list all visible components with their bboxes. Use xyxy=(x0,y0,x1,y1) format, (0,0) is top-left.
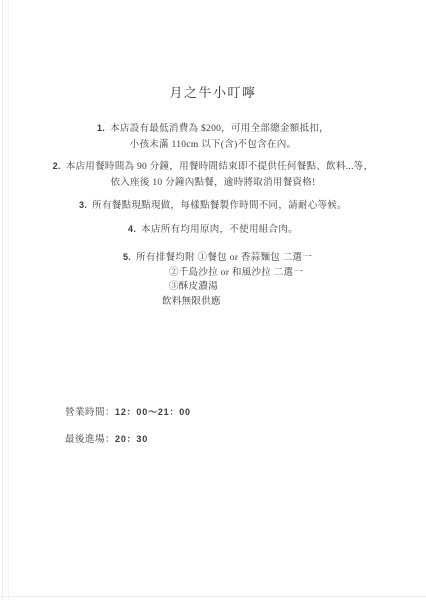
notice-line: 2.本店用餐時間為 90 分鐘，用餐時間結束即不提供任何餐點、飲料...等， xyxy=(0,158,426,175)
notice-number: 5. xyxy=(123,252,131,262)
notice-line: 5.所有排餐均附 ①餐包 or 香蒜麵包 二選一 xyxy=(123,250,426,266)
notice-line: 小孩未滿 110cm 以下(含)不包含在內。 xyxy=(0,137,426,153)
page-bottom-edge xyxy=(0,596,426,597)
notice-item-4: 4.本店所有均用原肉，不使用組合肉。 xyxy=(0,221,426,238)
notice-text: 本店設有最低消費為 $200，可用全部總金額抵扣， xyxy=(110,124,329,134)
notice-line: 依入座後 10 分鐘內點餐，逾時將取消用餐資格! xyxy=(0,175,426,191)
document-page: 月之牛小叮嚀 1.本店設有最低消費為 $200，可用全部總金額抵扣， 小孩未滿 … xyxy=(0,0,426,600)
business-hours: 營業時間：12：00～21：00 xyxy=(65,404,191,418)
notice-text: 本店所有均用原肉，不使用組合肉。 xyxy=(141,225,298,235)
notice-item-1: 1.本店設有最低消費為 $200，可用全部總金額抵扣， 小孩未滿 110cm 以… xyxy=(0,120,426,153)
notice-line: 4.本店所有均用原肉，不使用組合肉。 xyxy=(0,221,426,238)
notice-item-5: 5.所有排餐均附 ①餐包 or 香蒜麵包 二選一 ②千島沙拉 or 和風沙拉 二… xyxy=(0,250,426,309)
notice-number: 2. xyxy=(53,161,61,171)
last-entry-value: 20：30 xyxy=(115,434,148,444)
notice-line: 3.所有餐點現點現做，每樣點餐製作時間不同，請耐心等候。 xyxy=(0,197,426,214)
notice-line: 1.本店設有最低消費為 $200，可用全部總金額抵扣， xyxy=(0,120,426,137)
notice-number: 4. xyxy=(128,224,136,234)
notice-line: 飲料無限供應 xyxy=(162,295,426,310)
notice-line: ②千島沙拉 or 和風沙拉 二選一 xyxy=(169,266,426,281)
notice-number: 1. xyxy=(97,123,105,133)
notice-number: 3. xyxy=(79,200,87,210)
notice-text: 所有排餐均附 ①餐包 or 香蒜麵包 二選一 xyxy=(136,253,312,263)
notice-line: ③酥皮濃湯 xyxy=(169,280,426,295)
business-hours-value: 12：00～21：00 xyxy=(115,407,191,417)
last-entry-time: 最後進場：20：30 xyxy=(65,431,148,445)
last-entry-label: 最後進場： xyxy=(65,435,115,445)
notice-text: 本店用餐時間為 90 分鐘，用餐時間結束即不提供任何餐點、飲料...等， xyxy=(66,162,374,172)
notice-text: 所有餐點現點現做，每樣點餐製作時間不同，請耐心等候。 xyxy=(92,201,347,211)
business-hours-label: 營業時間： xyxy=(65,408,115,418)
notice-item-3: 3.所有餐點現點現做，每樣點餐製作時間不同，請耐心等候。 xyxy=(0,197,426,214)
page-title: 月之牛小叮嚀 xyxy=(0,82,426,101)
notice-item-2: 2.本店用餐時間為 90 分鐘，用餐時間結束即不提供任何餐點、飲料...等， 依… xyxy=(0,158,426,191)
